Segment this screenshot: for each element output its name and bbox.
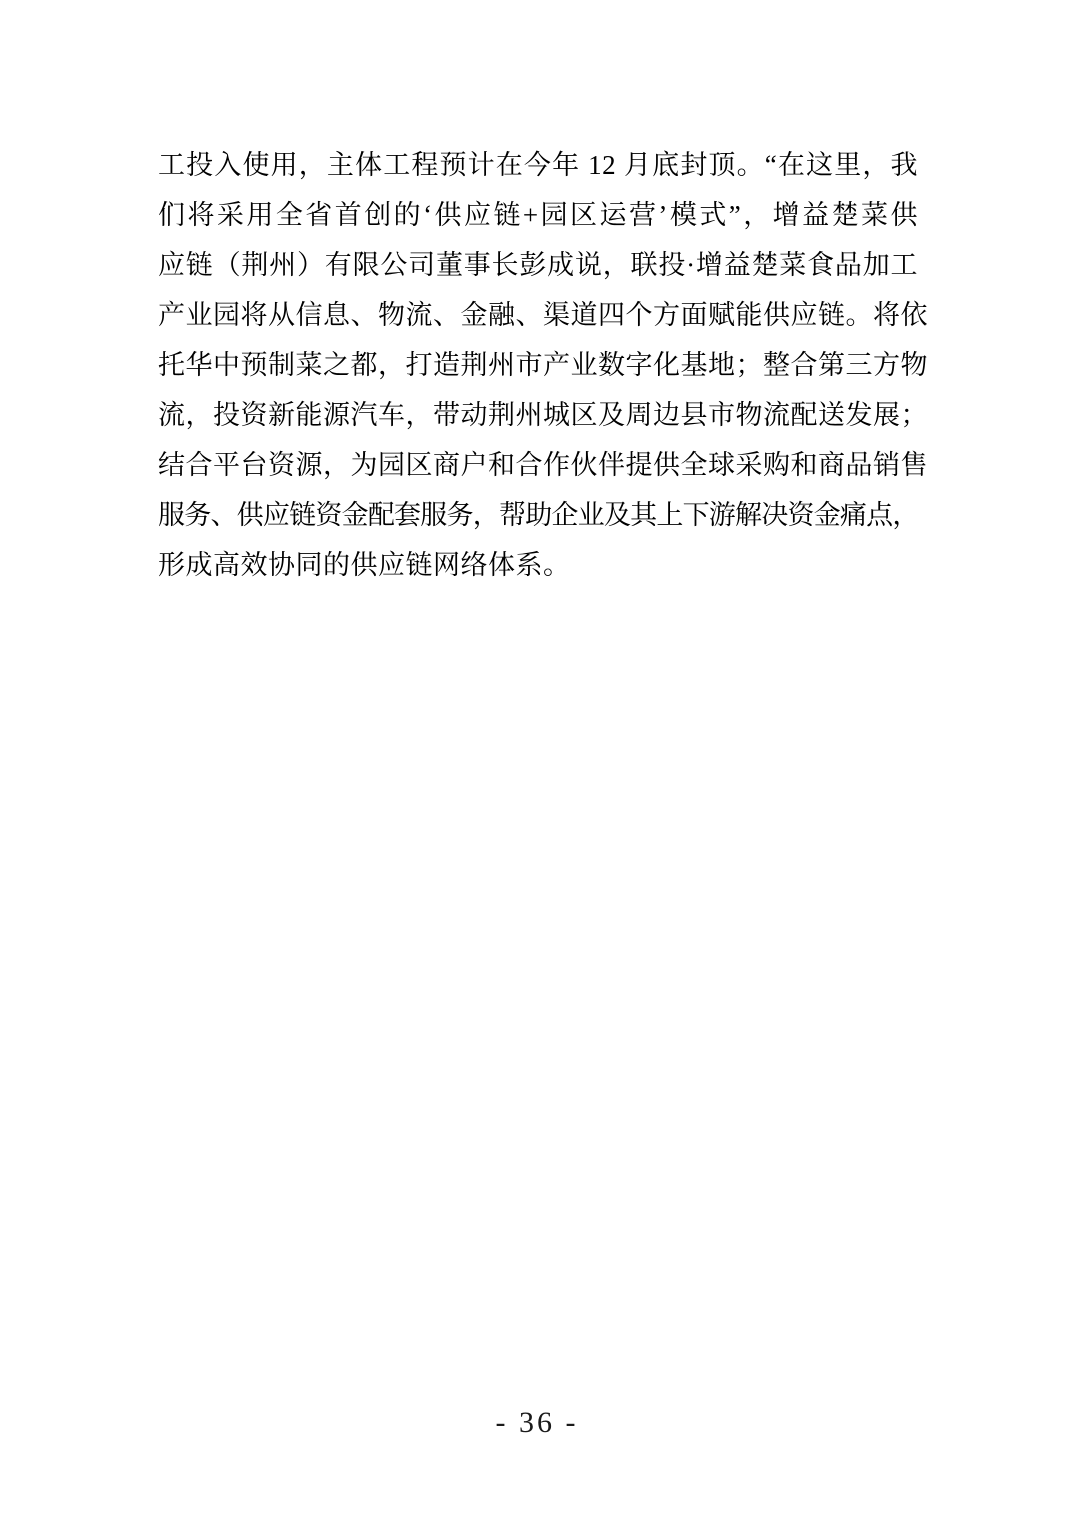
paragraph-line-1: 工投入使用，主体工程预计在今年 12 月底封顶。“在这里，我 xyxy=(158,140,918,190)
paragraph-line-8: 服务、供应链资金配套服务，帮助企业及其上下游解决资金痛点， xyxy=(158,490,918,540)
paragraph-line-5: 托华中预制菜之都，打造荆州市产业数字化基地；整合第三方物 xyxy=(158,340,918,390)
paragraph-line-9: 形成高效协同的供应链网络体系。 xyxy=(158,540,918,590)
paragraph-line-6: 流，投资新能源汽车，带动荆州城区及周边县市物流配送发展； xyxy=(158,390,918,440)
body-paragraph: 工投入使用，主体工程预计在今年 12 月底封顶。“在这里，我 们将采用全省首创的… xyxy=(158,140,918,590)
document-page: 工投入使用，主体工程预计在今年 12 月底封顶。“在这里，我 们将采用全省首创的… xyxy=(0,0,1074,1520)
paragraph-line-2: 们将采用全省首创的‘供应链+园区运营’模式”，增益楚菜供 xyxy=(158,190,918,240)
paragraph-line-3: 应链（荆州）有限公司董事长彭成说，联投·增益楚菜食品加工 xyxy=(158,240,918,290)
paragraph-line-4: 产业园将从信息、物流、金融、渠道四个方面赋能供应链。将依 xyxy=(158,290,918,340)
paragraph-line-7: 结合平台资源，为园区商户和合作伙伴提供全球采购和商品销售 xyxy=(158,440,918,490)
page-number-footer: - 36 - xyxy=(0,1406,1074,1440)
